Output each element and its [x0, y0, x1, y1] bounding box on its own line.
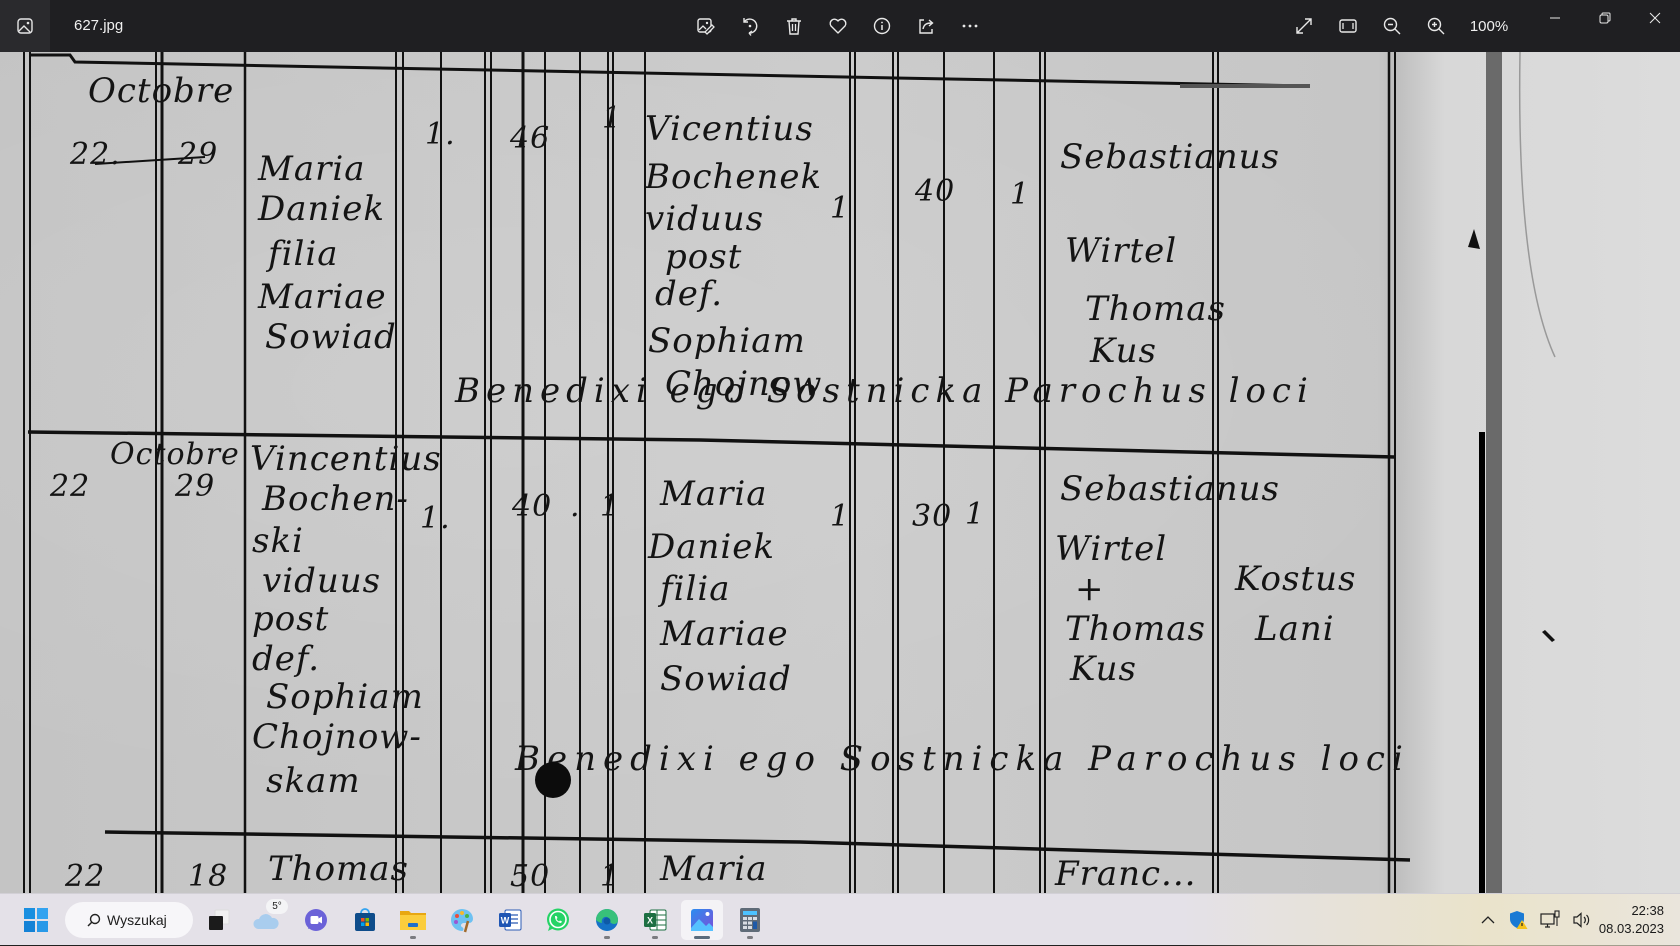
running-indicator: [652, 936, 658, 939]
show-hidden-icons-button[interactable]: [1480, 912, 1496, 928]
network-icon: [1540, 910, 1560, 930]
folder-icon: [399, 908, 427, 932]
file-name: 627.jpg: [74, 17, 123, 34]
entry2-house-no: 29: [175, 472, 215, 502]
entry3-name: Thomas: [268, 852, 409, 886]
calculator-button[interactable]: [729, 900, 771, 940]
favorite-button[interactable]: [822, 10, 854, 42]
photos-icon: [689, 907, 715, 933]
windows-security-button[interactable]: [1508, 910, 1528, 930]
entry1-name-line3: filia: [268, 237, 338, 271]
edge-icon: [594, 907, 620, 933]
entry3-mark-2: 1: [600, 862, 620, 892]
trash-icon: [784, 16, 804, 36]
search-box[interactable]: Wyszukaj: [65, 902, 193, 938]
fullscreen-button[interactable]: [1288, 10, 1320, 42]
volume-button[interactable]: [1572, 910, 1592, 930]
clock[interactable]: 22:38 08.03.2023: [1599, 902, 1664, 938]
entry1-spouse-line4: post: [665, 240, 742, 274]
photos-button[interactable]: [681, 900, 723, 940]
close-button[interactable]: [1630, 0, 1680, 36]
entry3-spouse: Maria: [660, 852, 767, 886]
entry1-spouse-mark-5: 1: [1010, 180, 1030, 210]
entry1-mark-2: 46: [510, 124, 550, 154]
entry1-name-line2: Daniek: [258, 192, 385, 226]
photos-app-icon-glyph: [16, 17, 34, 35]
entry2-name-line4: viduus: [262, 564, 381, 598]
network-button[interactable]: [1540, 910, 1560, 930]
svg-text:X: X: [647, 916, 653, 926]
entry2-name-line3: ski: [252, 524, 304, 558]
ink-blot: [535, 762, 571, 798]
entry2-spouse-mark-1: 1: [830, 502, 850, 532]
photos-app-icon: [0, 0, 50, 52]
zoom-out-icon: [1382, 16, 1402, 36]
entry2-mark-4: 1: [600, 492, 620, 522]
entry2-name-line7: Sophiam: [266, 680, 424, 714]
excel-icon: X: [642, 907, 668, 933]
edit-image-icon: [696, 16, 716, 36]
info-icon: [872, 16, 892, 36]
entry2-witness-1: Sebastianus: [1060, 472, 1280, 506]
entry2-mark-2: 40: [512, 492, 552, 522]
restore-icon: [1599, 12, 1611, 24]
scanned-register-page: Octobre 22. 29 Maria Daniek filia Mariae…: [0, 52, 1680, 893]
entry1-day: 22.: [70, 140, 121, 170]
entry1-footer: Benedixi ego Sostnicka Parochus loci: [455, 374, 1314, 408]
running-indicator: [410, 936, 416, 939]
rotate-icon: [740, 16, 760, 36]
word-icon: W: [497, 907, 523, 933]
whatsapp-button[interactable]: [537, 900, 579, 940]
heart-icon: [828, 16, 848, 36]
whatsapp-icon: [545, 907, 571, 933]
minimize-button[interactable]: [1530, 0, 1580, 36]
more-button[interactable]: [954, 10, 986, 42]
entry1-witness-3: Thomas: [1085, 292, 1226, 326]
entry1-spouse-mark-1: 1: [830, 194, 850, 224]
edge-button[interactable]: [586, 900, 628, 940]
share-button[interactable]: [910, 10, 942, 42]
entry2-mark-1: 1.: [420, 504, 451, 534]
entry2-spouse-mark-3: 30: [912, 502, 952, 532]
close-icon: [1649, 12, 1661, 24]
delete-button[interactable]: [778, 10, 810, 42]
start-button[interactable]: [15, 900, 57, 940]
entry2-spouse-line5: Sowiad: [660, 662, 792, 696]
entry2-name-line8: Chojnow-: [252, 720, 422, 754]
entry1-spouse-line1: Vicentius: [645, 112, 814, 146]
paint-button[interactable]: [441, 900, 483, 940]
entry1-spouse-line5: def.: [655, 277, 723, 311]
entry1-witness-2: Wirtel: [1065, 234, 1177, 268]
entry2-mark-3: .: [570, 492, 581, 522]
entry3-witness: Franc...: [1055, 857, 1196, 891]
entry2-spouse-mark-4: 1: [965, 500, 985, 530]
entry1-house-no: 29: [178, 140, 218, 170]
taskbar: Wyszukaj 5°: [0, 893, 1680, 945]
image-toolbar: [690, 10, 986, 42]
entry1-month: Octobre: [88, 74, 234, 108]
word-button[interactable]: W: [489, 900, 531, 940]
entry2-spouse-line3: filia: [660, 572, 730, 606]
excel-button[interactable]: X: [634, 900, 676, 940]
restore-button[interactable]: [1580, 0, 1630, 36]
entry3-mark-1: 50: [510, 862, 550, 892]
zoom-in-button[interactable]: [1420, 10, 1452, 42]
store-icon: [352, 907, 378, 933]
defender-warning-icon: [1508, 910, 1528, 930]
minimize-icon: [1549, 12, 1561, 24]
entry1-spouse-line3: viduus: [645, 202, 764, 236]
entry1-mark-1: 1.: [425, 120, 456, 150]
windows-start-icon: [23, 907, 49, 933]
entry1-spouse-line6: Sophiam: [648, 324, 806, 358]
expand-icon: [1294, 16, 1314, 36]
entry3-day: 22: [65, 862, 105, 892]
entry1-witness-1: Sebastianus: [1060, 140, 1280, 174]
entry1-witness-4: Kus: [1090, 334, 1157, 368]
clock-time: 22:38: [1599, 902, 1664, 920]
entry1-spouse-line2: Bochenek: [645, 160, 822, 194]
task-view-button[interactable]: [198, 900, 240, 940]
share-icon: [916, 16, 936, 36]
zoom-level[interactable]: 100%: [1464, 18, 1514, 35]
entry1-name-line5: Sowiad: [265, 320, 397, 354]
entry2-name-line1: Vincentius: [250, 442, 442, 476]
info-button[interactable]: [866, 10, 898, 42]
entry2-spouse-line1: Maria: [660, 477, 767, 511]
edit-image-button[interactable]: [690, 10, 722, 42]
more-icon: [960, 16, 980, 36]
entry1-name-line1: Maria: [258, 152, 365, 186]
entry2-month: Octobre: [110, 440, 240, 470]
entry1-mark-3: 1: [602, 104, 622, 134]
file-explorer-button[interactable]: [392, 900, 434, 940]
window-controls: [1530, 0, 1680, 36]
entry2-footer: Benedixi ego Sostnicka Parochus loci: [515, 742, 1410, 776]
entry2-name-line5: post: [252, 602, 329, 636]
entry2-witness-4: Thomas: [1065, 612, 1206, 646]
fit-window-icon: [1338, 16, 1358, 36]
entry2-witness-2: Wirtel: [1055, 532, 1167, 566]
volume-icon: [1572, 910, 1592, 930]
entry2-spouse-line2: Daniek: [648, 530, 775, 564]
view-controls: 100%: [1288, 10, 1514, 42]
zoom-in-icon: [1426, 16, 1446, 36]
fit-window-button[interactable]: [1332, 10, 1364, 42]
calculator-icon: [739, 907, 761, 933]
entry2-name-line9: skam: [266, 764, 361, 798]
rotate-button[interactable]: [734, 10, 766, 42]
entry2-witness-5: Kus: [1070, 652, 1137, 686]
running-indicator: [604, 936, 610, 939]
chevron-up-icon: [1480, 912, 1496, 928]
entry2-name-line6: def.: [252, 642, 320, 676]
entry3-house-no: 18: [188, 862, 228, 892]
clock-date: 08.03.2023: [1599, 920, 1664, 938]
title-bar: 627.jpg: [0, 0, 1680, 52]
entry2-witness-note-2: Lani: [1255, 612, 1335, 646]
entry2-spouse-line4: Mariae: [660, 617, 789, 651]
system-tray: [1480, 894, 1592, 945]
weather-temperature: 5°: [266, 899, 288, 914]
search-label: Wyszukaj: [107, 912, 167, 928]
image-canvas[interactable]: Octobre 22. 29 Maria Daniek filia Mariae…: [0, 52, 1680, 893]
teams-chat-icon: [303, 907, 329, 933]
entry2-witness-3: +: [1075, 572, 1105, 606]
running-indicator: [747, 936, 753, 939]
teams-chat-button[interactable]: [295, 900, 337, 940]
entry2-witness-note-1: Kostus: [1235, 562, 1356, 596]
entry2-day: 22: [50, 472, 90, 502]
active-indicator: [694, 936, 710, 939]
store-button[interactable]: [344, 900, 386, 940]
svg-text:W: W: [501, 916, 510, 926]
entry1-name-line4: Mariae: [258, 280, 387, 314]
search-icon: [87, 913, 101, 927]
zoom-out-button[interactable]: [1376, 10, 1408, 42]
entry2-name-line2: Bochen-: [262, 482, 409, 516]
paint-palette-icon: [449, 907, 475, 933]
task-view-icon: [207, 908, 231, 932]
entry1-spouse-mark-3: 40: [915, 177, 955, 207]
